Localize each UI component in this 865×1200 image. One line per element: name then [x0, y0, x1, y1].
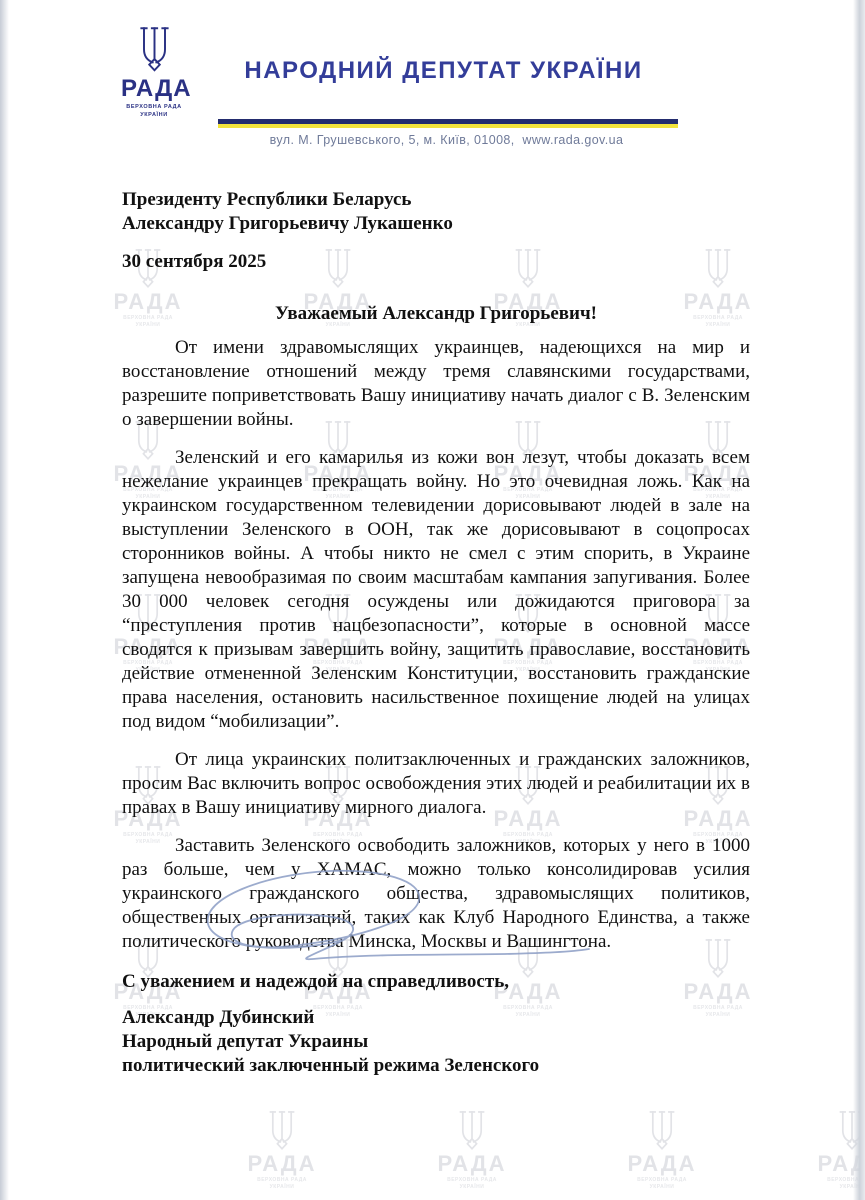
- body-paragraph-1: От имени здравомыслящих украинцев, надею…: [122, 336, 750, 432]
- page-right-edge-shadow: [853, 0, 865, 1200]
- body-paragraph-2: Зеленский и его камарилья из кожи вон ле…: [122, 446, 750, 734]
- recipient-line-2: Александру Григорьевичу Лукашенко: [122, 212, 750, 236]
- closing-line: С уважением и надеждой на справедливость…: [122, 970, 750, 994]
- rada-watermark: РАДАВЕРХОВНА РАДАУКРАЇНИ: [237, 1110, 327, 1191]
- letter-page: РАДАВЕРХОВНА РАДАУКРАЇНИРАДАВЕРХОВНА РАД…: [0, 0, 865, 1200]
- watermark-name: РАДА: [427, 1153, 517, 1175]
- logo-subtext-line2: УКРАЇНИ: [121, 112, 187, 120]
- letterhead-address: вул. М. Грушевського, 5, м. Київ, 01008,…: [0, 133, 865, 147]
- letterhead-title: НАРОДНИЙ ДЕПУТАТ УКРАЇНИ: [0, 57, 865, 85]
- handwritten-signature: [195, 866, 595, 971]
- trident-watermark-icon: [647, 1110, 677, 1152]
- recipient-line-1: Президенту Республики Беларусь: [122, 188, 750, 212]
- letter-date: 30 сентября 2025: [122, 250, 750, 274]
- signature-title-1: Народный депутат Украины: [122, 1030, 750, 1054]
- watermark-subtext-line1: ВЕРХОВНА РАДА: [427, 1177, 517, 1184]
- watermark-subtext-line2: УКРАЇНИ: [237, 1184, 327, 1191]
- body-paragraph-3: От лица украинских политзаключенных и гр…: [122, 748, 750, 820]
- watermark-subtext-line2: УКРАЇНИ: [427, 1184, 517, 1191]
- rada-watermark: РАДАВЕРХОВНА РАДАУКРАЇНИ: [617, 1110, 707, 1191]
- watermark-subtext-line1: ВЕРХОВНА РАДА: [617, 1177, 707, 1184]
- salutation: Уважаемый Александр Григорьевич!: [122, 302, 750, 326]
- logo-subtext-line1: ВЕРХОВНА РАДА: [121, 104, 187, 112]
- signature-title-2: политический заключенный режима Зеленско…: [122, 1054, 750, 1078]
- signature-name: Александр Дубинский: [122, 1006, 750, 1030]
- trident-watermark-icon: [457, 1110, 487, 1152]
- flag-divider: [218, 119, 678, 128]
- page-left-edge-shadow: [0, 0, 9, 1200]
- flag-divider-yellow: [218, 124, 678, 128]
- watermark-name: РАДА: [237, 1153, 327, 1175]
- rada-watermark: РАДАВЕРХОВНА РАДАУКРАЇНИ: [427, 1110, 517, 1191]
- trident-watermark-icon: [267, 1110, 297, 1152]
- watermark-name: РАДА: [617, 1153, 707, 1175]
- watermark-subtext-line2: УКРАЇНИ: [617, 1184, 707, 1191]
- watermark-subtext-line1: ВЕРХОВНА РАДА: [237, 1177, 327, 1184]
